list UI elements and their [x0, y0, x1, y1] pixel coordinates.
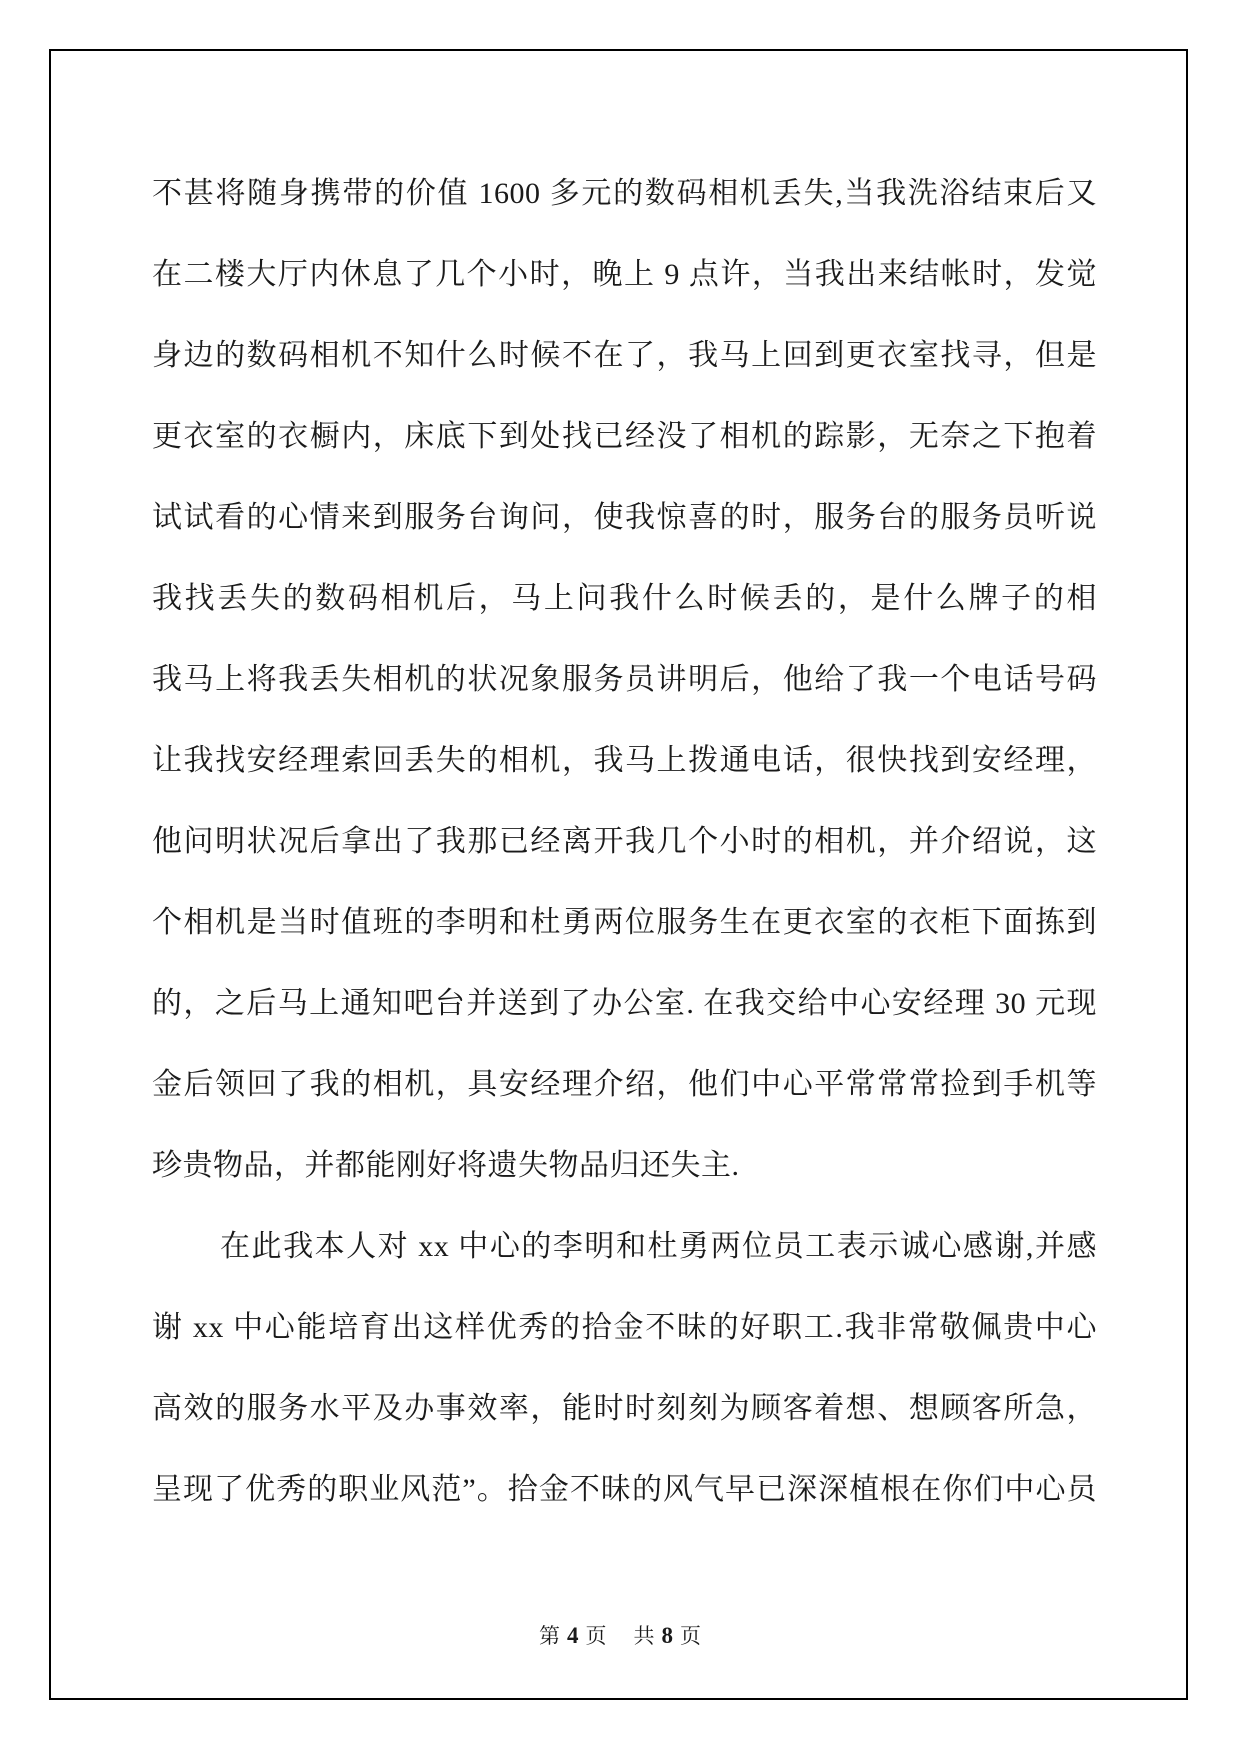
- footer-label-di: 第: [539, 1624, 561, 1648]
- text-line: 金后领回了我的相机，具安经理介绍，他们中心平常常常捡到手机等: [152, 1044, 1097, 1125]
- text-line: 谢 xx 中心能培育出这样优秀的拾金不昧的好职工.我非常敬佩贵中心: [152, 1287, 1097, 1368]
- footer-label-gong: 共: [634, 1624, 656, 1648]
- text-line: 试试看的心情来到服务台询问，使我惊喜的时，服务台的服务员听说: [152, 477, 1097, 558]
- text-line: 高效的服务水平及办事效率，能时时刻刻为顾客着想、想顾客所急，: [152, 1368, 1097, 1449]
- text-line: 更衣室的衣橱内，床底下到处找已经没了相机的踪影，无奈之下抱着: [152, 396, 1097, 477]
- document-body: 不甚将随身携带的价值 1600 多元的数码相机丢失,当我洗浴结束后又在二楼大厅内…: [152, 153, 1097, 1530]
- footer-total-page-number: 8: [662, 1623, 675, 1648]
- text-line: 我找丢失的数码相机后，马上问我什么时候丢的，是什么牌子的相机，: [152, 558, 1097, 639]
- text-line: 在此我本人对 xx 中心的李明和杜勇两位员工表示诚心感谢,并感: [152, 1206, 1097, 1287]
- footer-label-ye-second: 页: [680, 1624, 702, 1648]
- footer-label-ye-first: 页: [586, 1624, 608, 1648]
- text-line: 个相机是当时值班的李明和杜勇两位服务生在更衣室的衣柜下面拣到: [152, 882, 1097, 963]
- text-line: 我马上将我丢失相机的状况象服务员讲明后，他给了我一个电话号码: [152, 639, 1097, 720]
- text-line: 呈现了优秀的职业风范”。拾金不昧的风气早已深深植根在你们中心员: [152, 1449, 1097, 1530]
- text-line: 珍贵物品，并都能刚好将遗失物品归还失主.: [152, 1125, 1097, 1206]
- text-line: 在二楼大厅内休息了几个小时，晚上 9 点许，当我出来结帐时，发觉: [152, 234, 1097, 315]
- text-line: 的，之后马上通知吧台并送到了办公室. 在我交给中心安经理 30 元现: [152, 963, 1097, 1044]
- footer-current-page-number: 4: [567, 1623, 580, 1648]
- text-line: 他问明状况后拿出了我那已经离开我几个小时的相机，并介绍说，这: [152, 801, 1097, 882]
- page-footer: 第4页共8页: [0, 1620, 1241, 1650]
- text-line: 身边的数码相机不知什么时候不在了，我马上回到更衣室找寻，但是: [152, 315, 1097, 396]
- text-line: 让我找安经理索回丢失的相机，我马上拨通电话，很快找到安经理，: [152, 720, 1097, 801]
- text-line: 不甚将随身携带的价值 1600 多元的数码相机丢失,当我洗浴结束后又: [152, 153, 1097, 234]
